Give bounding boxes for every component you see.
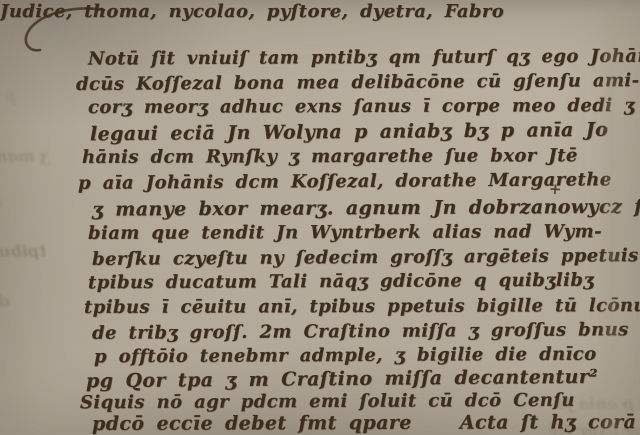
manuscript-line: berſku czyeſtu ny ſedecim groſſʒ argētei… <box>92 244 639 272</box>
manuscript-page: Notū ſit vniuiſ tam pntibʒ qm futurſ qʒ … <box>0 0 640 435</box>
marginal-cross-mark: + <box>548 180 562 199</box>
manuscript-line: legaui eciā Jn Wolyna p aniabʒ bʒ p anīa… <box>90 118 608 147</box>
bleedthrough-text: p aīa Johānis dcm Koſſezal, dorathe Marg… <box>0 86 16 108</box>
bleedthrough-text: legaui eciā Jn Wolyna p aniabʒ bʒ p anīa… <box>555 392 640 414</box>
manuscript-line: ʒ manye bxor mearʒ. agnum Jn dobrzanowyc… <box>92 194 640 221</box>
manuscript-line: corʒ meorʒ adhuc exns ſanus ī corpe meo … <box>88 94 635 120</box>
manuscript-line: tpibus ī cēuitu anī, tpibus ppetuis bigi… <box>84 294 640 320</box>
manuscript-line: hānis dcm Rynſky ʒ margarethe ſue bxor J… <box>82 144 578 170</box>
manuscript-line: tpibus ducatum Tali nāqʒ gdicōne q quibʒ… <box>88 269 594 296</box>
bleedthrough-text: berſku czyeſtu ny ſedecim groſſʒ argētei… <box>0 191 2 213</box>
manuscript-line: Judice, thoma, nycolao, pyſtore, dyetra,… <box>0 0 504 24</box>
manuscript-line: de tribʒ groſſ. 2m Craſtino miſſa ʒ groſ… <box>92 318 629 346</box>
bleedthrough-text: ʒ manye bxor mearʒ. agnum Jn dobrzanowyc… <box>0 146 49 168</box>
manuscript-line: dcūs Koſſezal bona mea delibācōne cū gſe… <box>76 69 640 97</box>
bleedthrough-text: tpibus ī cēuitu anī, tpibus ppetuis bigi… <box>0 241 46 263</box>
bleedthrough-text: de tribʒ groſſ. 2m Craſtino miſſa ʒ groſ… <box>0 292 9 314</box>
manuscript-line: Notū ſit vniuiſ tam pntibʒ qm futurſ qʒ … <box>88 44 640 71</box>
manuscript-line: p aīa Johānis dcm Koſſezal, dorathe Marg… <box>78 168 612 196</box>
bleedthrough-text: hānis dcm Rynſky ʒ margarethe ſue bxor J… <box>548 419 640 435</box>
manuscript-line: biam que tendit Jn Wyntrberk alias nad W… <box>88 220 602 246</box>
